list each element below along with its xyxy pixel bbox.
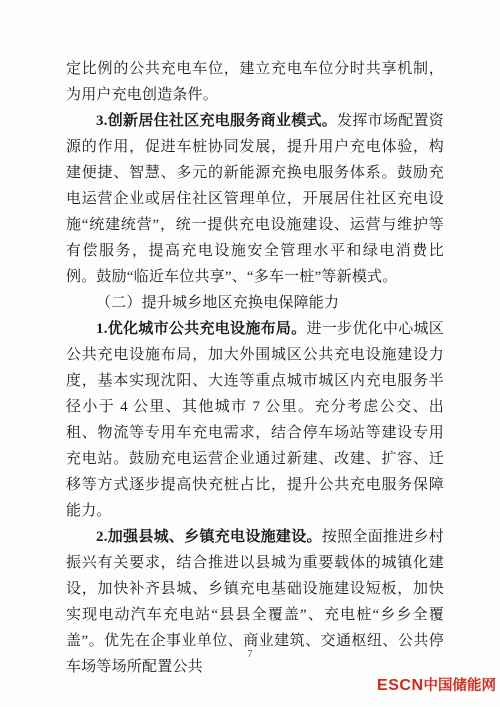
item-3-heading: 3.创新居住社区充电服务商业模式。 <box>96 113 337 129</box>
logo-text-zh: 中国储能网 <box>424 678 497 694</box>
item-1-body: 进一步优化中心城区公共充电设施布局，加大外围城区公共充电设施建设力度，基本实现沈… <box>66 321 444 519</box>
section-heading-2: （二）提升城乡地区充换电保障能力 <box>66 290 444 316</box>
paragraph-continuation: 定比例的公共充电车位，建立充电车位分时共享机制，为用户充电创造条件。 <box>66 56 444 108</box>
item-1-heading: 1.优化城市公共充电设施布局。 <box>96 321 306 337</box>
logo-text-en: ESCN <box>377 677 423 694</box>
item-2-heading: 2.加强县城、乡镇充电设施建设。 <box>96 529 322 545</box>
paragraph-item-1: 1.优化城市公共充电设施布局。进一步优化中心城区公共充电设施布局，加大外围城区公… <box>66 316 444 524</box>
section-heading-text: （二）提升城乡地区充换电保障能力 <box>96 295 339 311</box>
page-number: 7 <box>0 649 500 660</box>
body-text: 定比例的公共充电车位，建立充电车位分时共享机制，为用户充电创造条件。 <box>66 61 444 103</box>
document-body: 定比例的公共充电车位，建立充电车位分时共享机制，为用户充电创造条件。 3.创新居… <box>66 56 444 680</box>
paragraph-item-3: 3.创新居住社区充电服务商业模式。发挥市场配置资源的作用，促进车桩协同发展，提升… <box>66 108 444 290</box>
escn-logo: ESCN中国储能网 <box>377 676 496 696</box>
item-3-body: 发挥市场配置资源的作用，促进车桩协同发展，提升用户充电体验，构建便捷、智慧、多元… <box>66 113 444 285</box>
document-page: 定比例的公共充电车位，建立充电车位分时共享机制，为用户充电创造条件。 3.创新居… <box>0 0 500 707</box>
